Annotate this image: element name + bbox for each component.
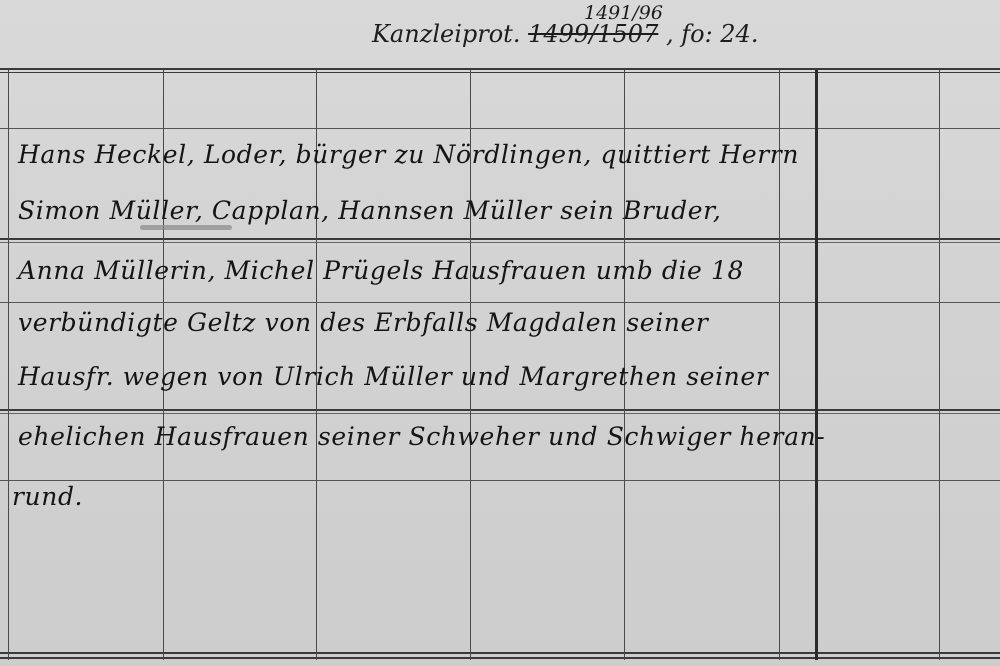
- row-rule: [0, 413, 1000, 414]
- row-rule: [0, 238, 1000, 240]
- folio-number: , fo: 24.: [666, 20, 758, 48]
- row-rule: [0, 480, 1000, 481]
- text-line-1: Hans Heckel, Loder, bürger zu Nördlingen…: [18, 140, 799, 169]
- record-reference-header: Kanzleiprot. 1499/1507 1491/96 , fo: 24.: [372, 20, 758, 48]
- bottom-double-rule-b: [0, 657, 1000, 659]
- archive-label: Kanzleiprot.: [372, 20, 520, 48]
- row-rule: [0, 302, 1000, 303]
- text-line-5: Hausfr. wegen von Ulrich Müller und Marg…: [18, 362, 768, 391]
- top-double-rule-b: [0, 72, 1000, 73]
- pencil-underline-mark: [140, 225, 232, 230]
- row-rule: [0, 128, 1000, 129]
- text-line-4: verbündigte Geltz von des Erbfalls Magda…: [18, 308, 708, 337]
- text-line-7: rund.: [12, 482, 83, 511]
- top-double-rule-a: [0, 68, 1000, 70]
- text-line-2: Simon Müller, Capplan, Hannsen Müller se…: [18, 196, 721, 225]
- ledger-page: Kanzleiprot. 1499/1507 1491/96 , fo: 24.…: [0, 0, 1000, 666]
- column-rule: [8, 70, 9, 660]
- struck-reference: 1499/1507: [528, 20, 658, 48]
- text-line-6: ehelichen Hausfrauen seiner Schweher und…: [18, 422, 825, 451]
- row-rule: [0, 242, 1000, 243]
- column-rule: [939, 70, 940, 660]
- column-rule-thick: [815, 70, 818, 660]
- corrected-reference: 1491/96: [584, 2, 663, 24]
- row-rule: [0, 409, 1000, 411]
- text-line-3: Anna Müllerin, Michel Prügels Hausfrauen…: [18, 256, 744, 285]
- bottom-double-rule-a: [0, 652, 1000, 654]
